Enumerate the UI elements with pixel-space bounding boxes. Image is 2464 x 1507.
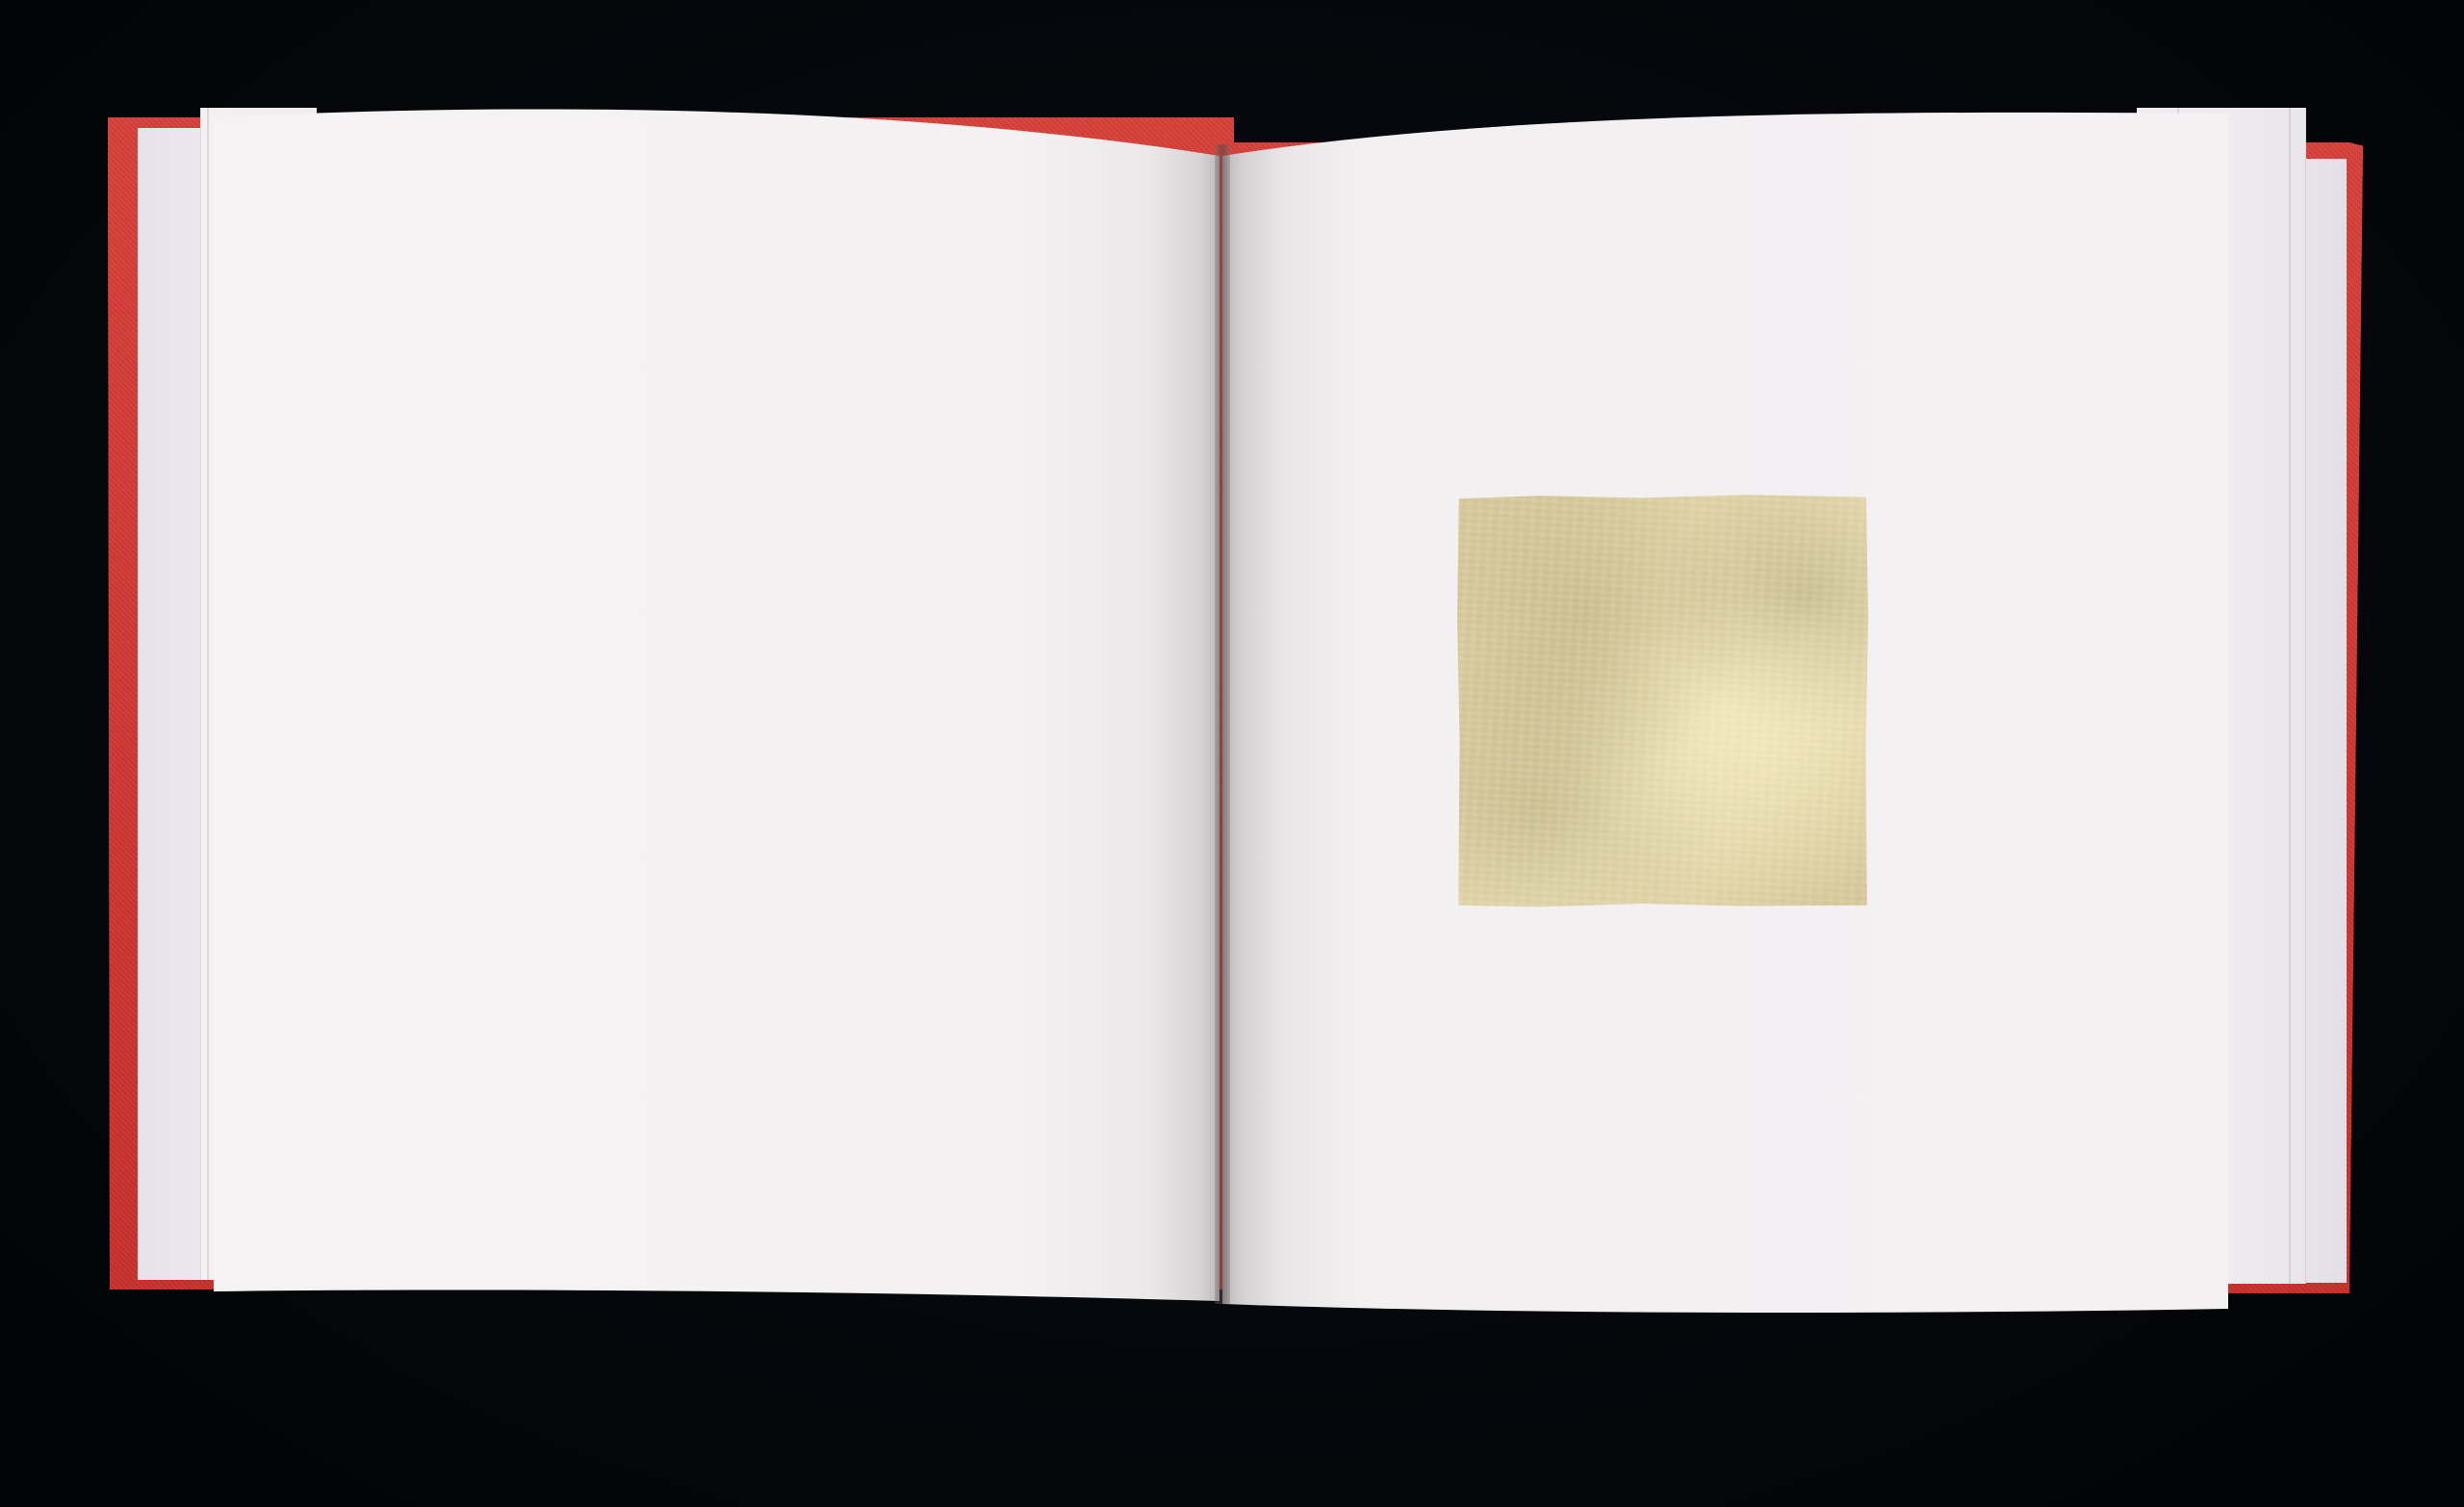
gold-leaf-square — [1457, 494, 1868, 909]
book-gutter — [1215, 144, 1230, 1304]
scene-description: Open hardcover book with blank pages and… — [0, 0, 1, 1]
page-edge-line — [2289, 108, 2291, 1284]
right-page-content: gold-leaf-square — [1222, 106, 1223, 107]
gold-leaf-texture — [1457, 494, 1868, 909]
photo-scene: Open hardcover book with blank pages and… — [0, 0, 2464, 1507]
left-page-content — [214, 98, 215, 99]
left-page — [214, 98, 1219, 1307]
page-edge-line — [207, 108, 209, 1280]
